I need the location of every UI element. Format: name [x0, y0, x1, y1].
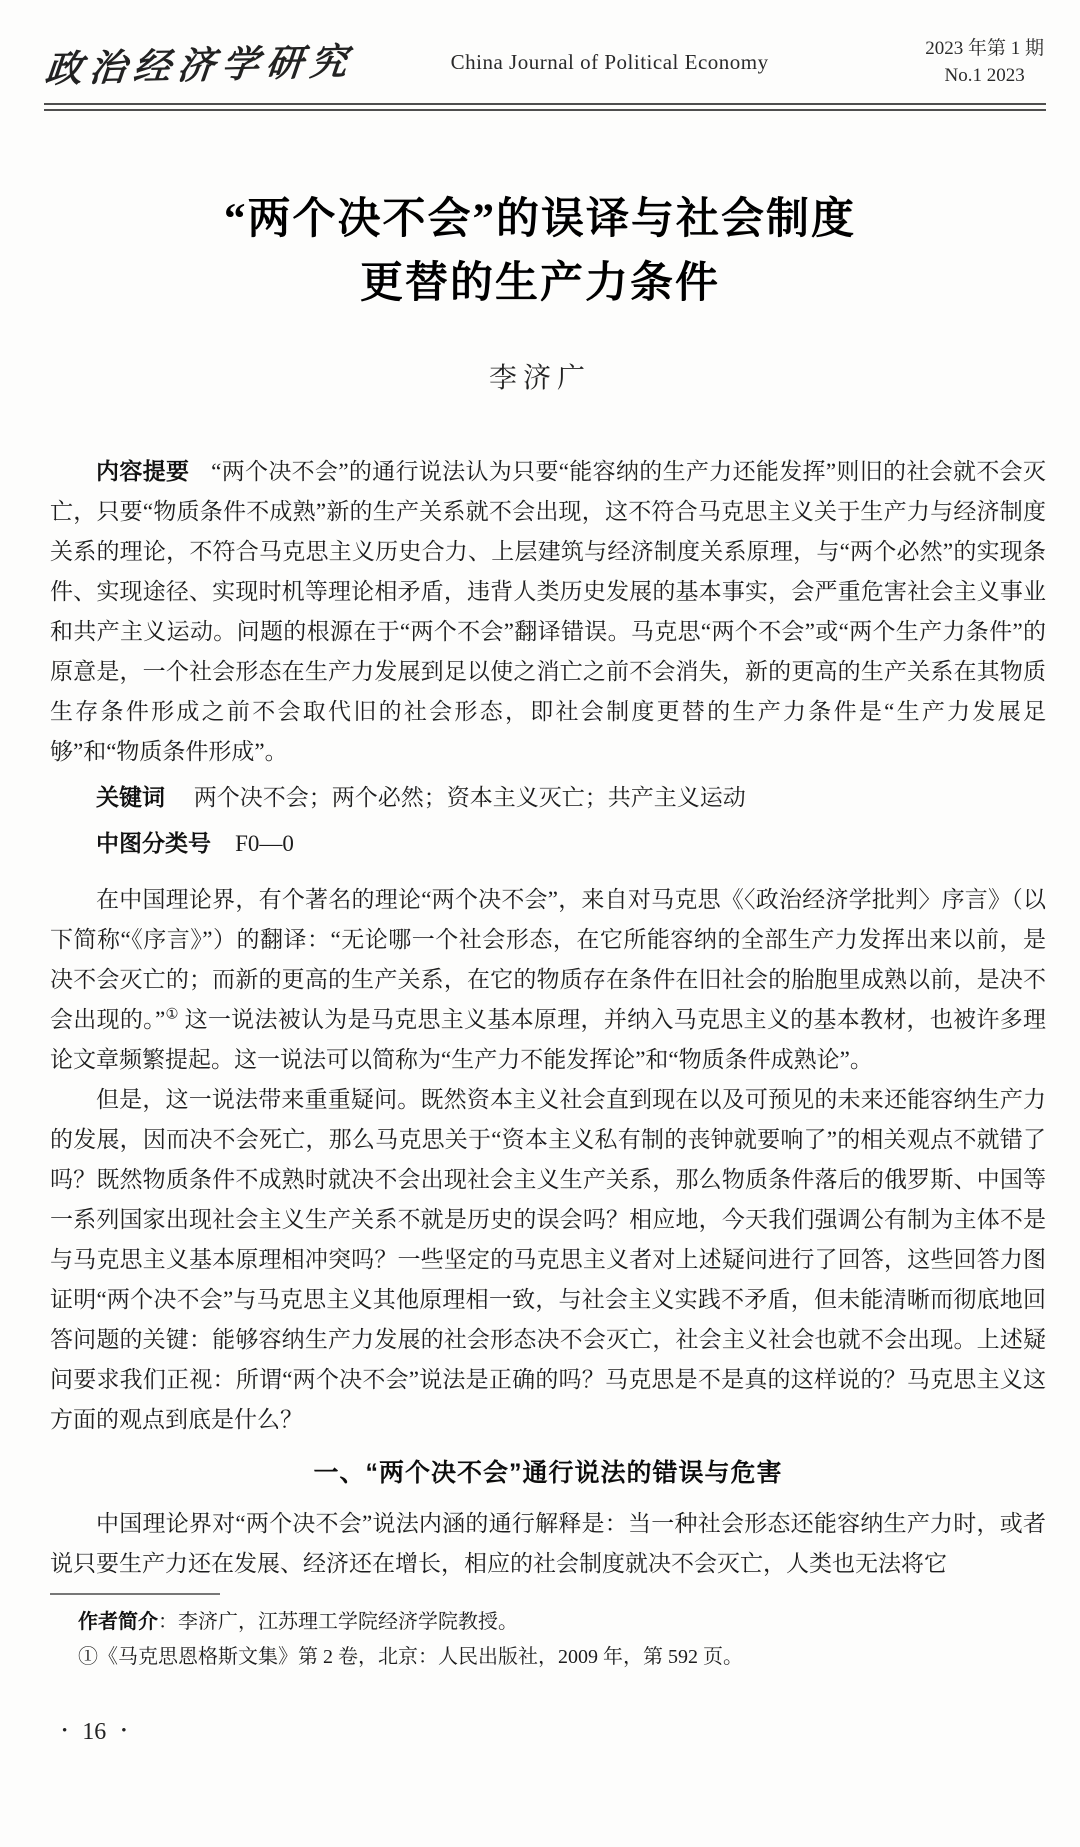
body-paragraph-1: 在中国理论界，有个著名的理论“两个决不会”，来自对马克思《〈政治经济学批判〉序言…	[50, 880, 1046, 1080]
author-name: 李济广	[0, 356, 1080, 396]
abstract-paragraph: 内容提要“两个决不会”的通行说法认为只要“能容纳的生产力还能发挥”则旧的社会就不…	[50, 451, 1046, 772]
journal-logo-calligraphy: 政治经济学研究	[43, 31, 357, 93]
footnote-1: ①《马克思恩格斯文集》第 2 卷，北京：人民出版社，2009 年，第 592 页…	[50, 1640, 1046, 1675]
footnote-separator	[50, 1593, 220, 1595]
clc-label: 中图分类号	[96, 830, 211, 856]
page-header: 政治经济学研究 China Journal of Political Econo…	[46, 30, 1044, 94]
header-double-rule	[44, 103, 1046, 111]
journal-name-english: China Journal of Political Economy	[451, 50, 769, 75]
author-bio-text: ：李济广，江苏理工学院经济学院教授。	[158, 1611, 518, 1633]
issue-info: 2023 年第 1 期 No.1 2023	[925, 35, 1044, 89]
article-body: 在中国理论界，有个著名的理论“两个决不会”，来自对马克思《〈政治经济学批判〉序言…	[50, 880, 1046, 1584]
body-paragraph-2: 但是，这一说法带来重重疑问。既然资本主义社会直到现在以及可预见的未来还能容纳生产…	[50, 1080, 1046, 1440]
paragraph-1-text-cont: 这一说法被认为是马克思主义基本原理，并纳入马克思主义的基本教材，也被许多理论文章…	[50, 1007, 1046, 1072]
keywords-label: 关键词	[96, 784, 165, 810]
body-paragraph-3: 中国理论界对“两个决不会”说法内涵的通行解释是：当一种社会形态还能容纳生产力时，…	[50, 1504, 1046, 1584]
abstract-text: “两个决不会”的通行说法认为只要“能容纳的生产力还能发挥”则旧的社会就不会灭亡，…	[50, 459, 1046, 764]
article-title-line2: 更替的生产力条件	[0, 252, 1080, 316]
keywords-text: 两个决不会；两个必然；资本主义灭亡；共产主义运动	[194, 785, 746, 810]
author-bio-label: 作者简介	[78, 1611, 158, 1633]
page-number-value: 16	[82, 1719, 106, 1746]
page-number: • 16 •	[62, 1719, 127, 1746]
article-title-line1: “两个决不会”的误译与社会制度	[0, 188, 1080, 252]
page-number-bullet-left: •	[62, 1724, 67, 1739]
journal-page: 政治经济学研究 China Journal of Political Econo…	[0, 0, 1080, 1847]
clc-line: 中图分类号F0—0	[50, 823, 1046, 864]
section-heading-1: 一、“两个决不会”通行说法的错误与危害	[50, 1451, 1046, 1495]
content-column: 内容提要“两个决不会”的通行说法认为只要“能容纳的生产力还能发挥”则旧的社会就不…	[50, 451, 1046, 1675]
page-number-bullet-right: •	[121, 1724, 126, 1739]
issue-number-en: No.1 2023	[925, 62, 1044, 89]
clc-code: F0—0	[235, 831, 294, 856]
keywords-line: 关键词两个决不会；两个必然；资本主义灭亡；共产主义运动	[50, 777, 1046, 818]
author-bio-line: 作者简介：李济广，江苏理工学院经济学院教授。	[50, 1605, 1046, 1640]
abstract-section: 内容提要“两个决不会”的通行说法认为只要“能容纳的生产力还能发挥”则旧的社会就不…	[50, 451, 1046, 864]
article-title: “两个决不会”的误译与社会制度 更替的生产力条件	[0, 188, 1080, 316]
footnote-area: 作者简介：李济广，江苏理工学院经济学院教授。 ①《马克思恩格斯文集》第 2 卷，…	[50, 1593, 1046, 1675]
footnote-ref-1: ①	[165, 1006, 178, 1022]
abstract-label: 内容提要	[96, 458, 189, 484]
issue-number-cn: 2023 年第 1 期	[925, 35, 1044, 62]
